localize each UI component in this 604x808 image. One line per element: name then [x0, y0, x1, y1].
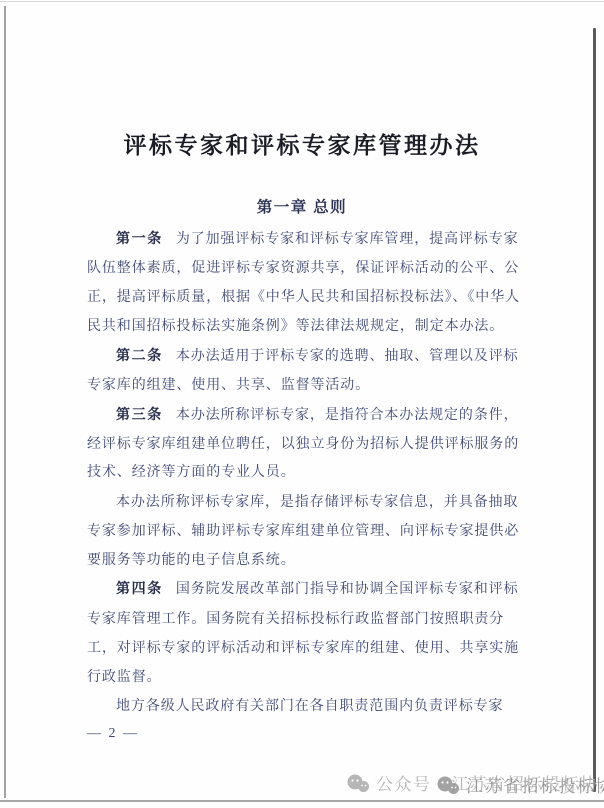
line-text: 为了加强评标专家和评标专家库管理，提高评标专家	[176, 232, 519, 247]
article-number: 第二条	[116, 349, 163, 364]
document-line: 队伍整体素质，促进评标专家资源共享，保证评标活动的公平、公	[87, 259, 519, 278]
document-title: 评标专家和评标专家库管理办法	[0, 127, 604, 160]
article-number: 第四条	[116, 582, 163, 597]
chapter-heading: 第一章 总则	[0, 195, 604, 217]
line-text: 要服务等功能的电子信息系统。	[87, 553, 296, 568]
scanned-document-page: 评标专家和评标专家库管理办法 第一章 总则 第一条为了加强评标专家和评标专家库管…	[0, 0, 604, 808]
line-text: 本办法所称评标专家库，是指存储评标专家信息，并具备抽取	[116, 495, 518, 510]
document-line: 专家参加评标、辅助评标专家库组建单位管理、向评标专家提供必	[87, 522, 519, 541]
line-text: 本办法所称评标专家，是指符合本办法规定的条件，	[176, 408, 519, 423]
article-number: 第三条	[116, 408, 163, 423]
document-line: 第一条为了加强评标专家和评标专家库管理，提高评标专家	[116, 230, 519, 249]
line-text: 本办法适用于评标专家的选聘、抽取、管理以及评标	[176, 349, 519, 364]
line-text: 行政监督。	[87, 670, 162, 685]
wechat-icon	[346, 774, 370, 799]
scan-edge-left	[4, 6, 6, 798]
watermark-overlay-text: 江苏省招标投标协会	[466, 777, 604, 796]
wechat-icon	[436, 776, 460, 801]
document-line: 正，提高评标质量，根据《中华人民共和国招标投标法》、《中华人	[87, 288, 520, 307]
line-text: 经评标专家库组建单位聘任，以独立身份为招标人提供评标服务的	[87, 437, 519, 452]
line-text: 民共和国招标投标法实施条例》等法律法规规定，制定本办法。	[87, 319, 504, 334]
document-line: 要服务等功能的电子信息系统。	[87, 551, 296, 570]
document-line: 技术、经济等方面的专业人员。	[87, 463, 296, 482]
document-line: 行政监督。	[87, 668, 162, 687]
document-line: 专家库的组建、使用、共享、监督等活动。	[87, 376, 370, 395]
watermark-overlay: 江苏省招标投标协会	[436, 772, 604, 801]
line-text: 地方各级人民政府有关部门在各自职责范围内负责评标专家	[116, 699, 503, 714]
document-line: 地方各级人民政府有关部门在各自职责范围内负责评标专家	[116, 697, 503, 716]
scan-edge-top	[0, 1, 604, 2]
document-line: 民共和国招标投标法实施条例》等法律法规规定，制定本办法。	[87, 317, 504, 336]
line-text: 技术、经济等方面的专业人员。	[87, 465, 296, 480]
document-line: 第二条本办法适用于评标专家的选聘、抽取、管理以及评标	[116, 347, 519, 366]
document-line: 专家库管理工作。国务院有关招标投标行政监督部门按照职责分	[87, 610, 504, 629]
document-line: 本办法所称评标专家库，是指存储评标专家信息，并具备抽取	[116, 493, 518, 512]
line-text: 工，对评标专家的评标活动和评标专家库的组建、使用、共享实施	[87, 641, 519, 656]
line-text: 正，提高评标质量，根据《中华人民共和国招标投标法》、《中华人	[87, 290, 520, 305]
line-text: 专家库的组建、使用、共享、监督等活动。	[87, 378, 370, 393]
document-line: 工，对评标专家的评标活动和评标专家库的组建、使用、共享实施	[87, 639, 519, 658]
line-text: 专家参加评标、辅助评标专家库组建单位管理、向评标专家提供必	[87, 524, 519, 539]
article-number: 第一条	[116, 232, 163, 247]
line-text: 国务院发展改革部门指导和协调全国评标专家和评标	[176, 582, 519, 597]
page-number: — 2 —	[87, 726, 139, 742]
line-text: 队伍整体素质，促进评标专家资源共享，保证评标活动的公平、公	[87, 261, 519, 276]
document-line: 第四条国务院发展改革部门指导和协调全国评标专家和评标	[116, 580, 519, 599]
document-line: 第三条本办法所称评标专家，是指符合本办法规定的条件，	[116, 406, 519, 425]
document-line: 经评标专家库组建单位聘任，以独立身份为招标人提供评标服务的	[87, 435, 519, 454]
line-text: 专家库管理工作。国务院有关招标投标行政监督部门按照职责分	[87, 612, 504, 627]
